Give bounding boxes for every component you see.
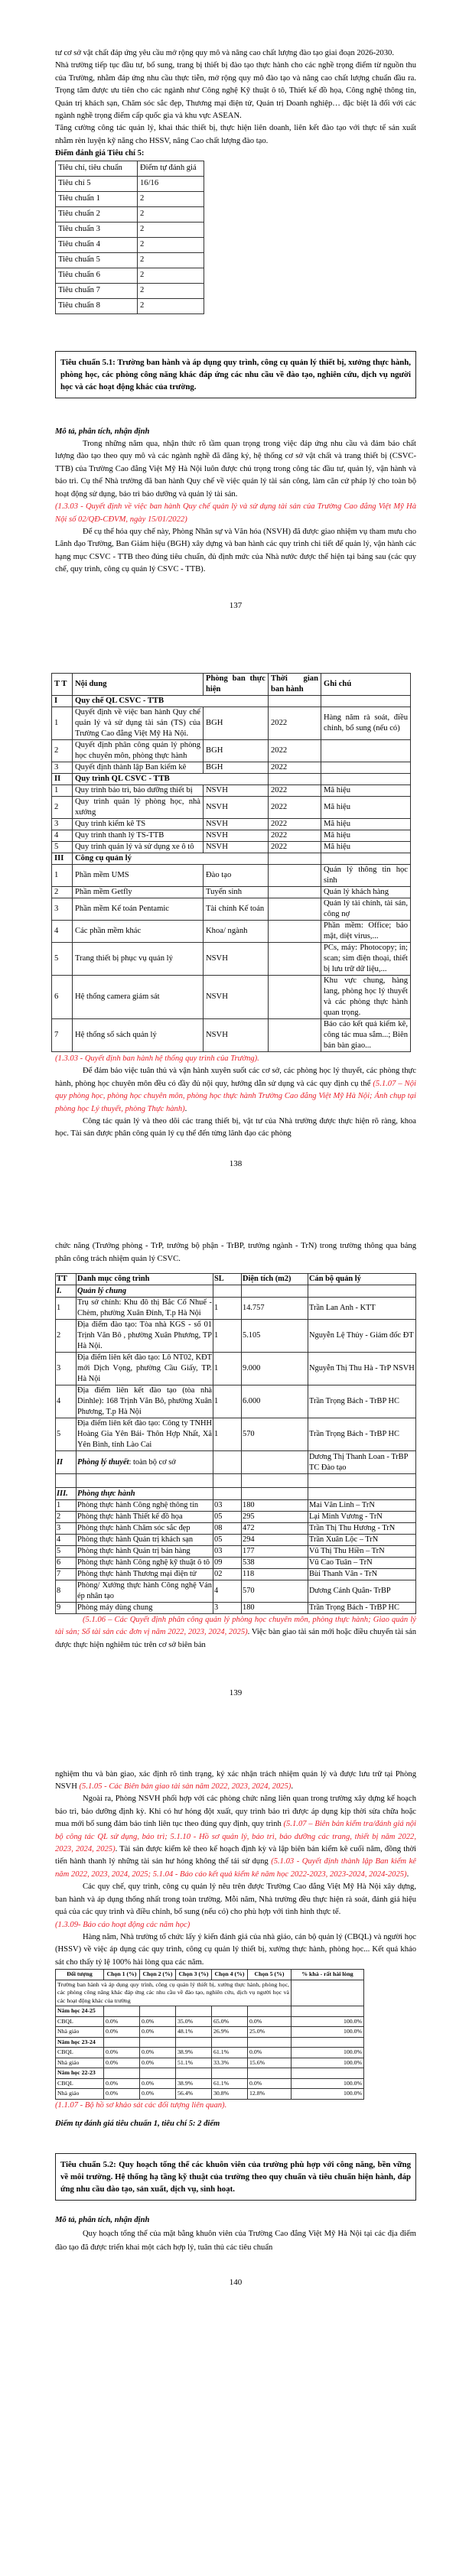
table-row: 7Hệ thống sổ sách quản lýNSVHBáo cáo kết…: [52, 1018, 411, 1051]
table-row: 3Quyết định thành lập Ban kiểm kêBGH2022: [52, 762, 411, 773]
page-139: chức năng (Trưởng phòng - TrP, trưởng bộ…: [0, 1239, 456, 1768]
survey-question: Trường ban hành và áp dụng quy trình, cô…: [56, 1980, 292, 2006]
item-cell: Phòng thực hành Công nghệ thông tin: [77, 1500, 213, 1512]
qty-cell: 09: [213, 1558, 242, 1569]
manager-cell: Bùi Thanh Vân - TrN: [308, 1569, 416, 1580]
empty-cell: [269, 853, 321, 864]
manager-cell: Trần Trọng Bách - TrBP HC: [308, 1418, 416, 1451]
row-number: 2: [56, 1512, 77, 1523]
year-cell: [269, 864, 321, 886]
row-number: 2: [52, 739, 73, 762]
item-cell: Địa điểm liên kết đào tạo (tòa nhà Dinhl…: [77, 1385, 213, 1418]
content-cell: Phần mềm Kế toán Pentamic: [73, 898, 204, 920]
analysis-para-2: Để cụ thể hóa quy chế này, Phòng Nhân sự…: [55, 526, 416, 577]
note-cell: Quản lý tài chính, tài sản, công nợ: [321, 898, 411, 920]
item-cell: [77, 1474, 213, 1488]
evidence-ref-5: (5.1.05 - Các Biên bản giao tài sản năm …: [80, 1782, 292, 1791]
row-number: 1: [56, 1298, 77, 1320]
content-cell: Quyết định về việc ban hành Quy chế quản…: [73, 707, 204, 739]
note-cell: Quản lý thông tin học sinh: [321, 864, 411, 886]
row-number: 2: [52, 886, 73, 898]
empty-cell: [104, 2006, 140, 2017]
section-title: Quy chế QL CSVC - TTB: [73, 695, 269, 707]
item-cell: Phòng thực hành Quản trị khách sạn: [77, 1535, 213, 1546]
empty-cell: [242, 1488, 308, 1500]
year-cell: [269, 886, 321, 898]
dept-cell: Tài chính Kế toán: [204, 898, 269, 920]
empty-cell: [140, 2006, 176, 2017]
survey-row: CBQL0.0%0.0%38.9%61.1%0.0%100.0%: [56, 2078, 364, 2089]
empty-cell: [213, 1285, 242, 1298]
content-cell: Quy trình bảo trì, bảo dưỡng thiết bị: [73, 784, 204, 796]
criterion-cell: Tiêu chuẩn 4: [56, 237, 138, 252]
item-cell: Phòng thực hành Thiết kế đồ họa: [77, 1512, 213, 1523]
percent-cell: 0.0%: [140, 2089, 176, 2100]
manager-cell: Vũ Thị Thu Hiền – TrN: [308, 1546, 416, 1558]
percent-cell: 0.0%: [104, 2089, 140, 2100]
section-number: III: [52, 853, 73, 864]
para-1: nghiệm thu và bàn giao, xác định rõ tình…: [55, 1769, 416, 1794]
empty-cell: [213, 1451, 242, 1474]
year-label: Năm học 23-24: [56, 2037, 104, 2048]
col-header-note: Ghi chú: [321, 673, 411, 695]
table-row: Tiêu chuẩn 12: [56, 191, 204, 206]
table-row: 6Phòng thực hành Công nghệ kỹ thuật ô tô…: [56, 1558, 416, 1569]
area-cell: 14.757: [242, 1298, 308, 1320]
note-cell: Mã hiệu: [321, 784, 411, 796]
row-number: 8: [56, 1580, 77, 1603]
area-cell: 5.105: [242, 1320, 308, 1353]
row-number: 3: [56, 1353, 77, 1385]
table-row: 1Trụ sở chính: Khu đô thị Bắc Cổ Nhuế - …: [56, 1298, 416, 1320]
table-row: 3Phòng thực hành Chăm sóc sắc đẹp08472Tr…: [56, 1523, 416, 1535]
dept-cell: BGH: [204, 762, 269, 773]
score-cell: 2: [138, 191, 204, 206]
empty-cell: [104, 2037, 140, 2048]
row-number: 7: [56, 1569, 77, 1580]
content-cell: Phần mềm UMS: [73, 864, 204, 886]
item-cell: Phòng thực hành Chăm sóc sắc đẹp: [77, 1523, 213, 1535]
percent-cell: 100.0%: [292, 2078, 364, 2089]
row-number: 2: [56, 1320, 77, 1353]
qty-cell: 1: [213, 1385, 242, 1418]
survey-row: Nhà giáo0.0%0.0%48.1%26.9%25.0%100.0%: [56, 2027, 364, 2038]
standard-5-1-box: Tiêu chuẩn 5.1: Trường ban hành và áp dụ…: [55, 351, 416, 398]
percent-cell: 61.1%: [212, 2078, 248, 2089]
score-header-row: Tiêu chí, tiêu chuẩnĐiểm tự đánh giá: [56, 161, 204, 176]
item-cell: Địa điểm liên kết đào tạo: Công ty TNHH …: [77, 1418, 213, 1451]
empty-cell: [292, 1980, 364, 2006]
group-row: I.Quản lý chung: [56, 1285, 416, 1298]
empty-cell: [176, 2006, 212, 2017]
intro-para-1: tư cơ sở vật chất đáp ứng yêu cầu mở rộn…: [55, 47, 416, 60]
percent-cell: 0.0%: [248, 2078, 292, 2089]
area-cell: 472: [242, 1523, 308, 1535]
item-cell: Phòng/ Xưởng thực hành Công nghệ Ván ép …: [77, 1580, 213, 1603]
row-number: 3: [56, 1523, 77, 1535]
manager-cell: Trần Trọng Bách - TrBP HC: [308, 1603, 416, 1614]
row-number: 4: [52, 830, 73, 841]
content-cell: Phần mềm Getfly: [73, 886, 204, 898]
group-number: III.: [56, 1488, 77, 1500]
table-row: 5Địa điểm liên kết đào tạo: Công ty TNHH…: [56, 1418, 416, 1451]
table-row: Tiêu chuẩn 32: [56, 222, 204, 237]
table-row: 4Địa điểm liên kết đào tạo (tòa nhà Dinh…: [56, 1385, 416, 1418]
col-header-tt: TT: [56, 1274, 77, 1285]
row-number: 3: [52, 818, 73, 830]
item-cell: Phòng máy dùng chung: [77, 1603, 213, 1614]
percent-cell: 12.8%: [248, 2089, 292, 2100]
col-header-dept: Phòng ban thực hiện: [204, 673, 269, 695]
note-cell: PCs, máy: Photocopy; in; scan; sim điện …: [321, 942, 411, 975]
section-row: IIQuy trình QL CSVC - TTB: [52, 773, 411, 784]
table-row: 7Phòng thực hành Thương mại điện tử02118…: [56, 1569, 416, 1580]
criterion-cell: Tiêu chuẩn 3: [56, 222, 138, 237]
year-cell: [269, 1018, 321, 1051]
year-row: Năm học 22-23: [56, 2068, 364, 2079]
empty-cell: [212, 2006, 248, 2017]
empty-cell: [104, 2068, 140, 2079]
dept-cell: NSVH: [204, 942, 269, 975]
year-cell: 2022: [269, 707, 321, 739]
content-cell: Quyết định phân công quản lý phòng học c…: [73, 739, 204, 762]
score-heading: Điểm đánh giá Tiêu chí 5:: [55, 148, 416, 160]
note-cell: Mã hiệu: [321, 841, 411, 853]
manager-cell: Vũ Cao Tuân – TrN: [308, 1558, 416, 1569]
area-cell: 180: [242, 1603, 308, 1614]
percent-cell: 0.0%: [248, 2048, 292, 2058]
empty-cell: [212, 2068, 248, 2079]
group-title-suffix: : toàn bộ cơ sở: [129, 1458, 176, 1467]
percent-cell: 0.0%: [104, 2016, 140, 2027]
row-number: [56, 1474, 77, 1488]
intro-para-3: Tăng cường công tác quản lý, khai thác t…: [55, 122, 416, 148]
row-number: 4: [52, 920, 73, 942]
row-number: 6: [52, 975, 73, 1018]
qty-cell: 05: [213, 1512, 242, 1523]
criterion-cell: Tiêu chí 5: [56, 176, 138, 191]
item-cell: Phòng thực hành Công nghệ kỹ thuật ô tô: [77, 1558, 213, 1569]
dept-cell: Đào tạo: [204, 864, 269, 886]
group-title-cell: Phòng thực hành: [77, 1488, 213, 1500]
percent-cell: 15.6%: [248, 2058, 292, 2068]
empty-cell: [176, 2068, 212, 2079]
empty-cell: [176, 2037, 212, 2048]
empty-cell: [140, 2037, 176, 2048]
qty-cell: 3: [213, 1603, 242, 1614]
row-number: 7: [52, 1018, 73, 1051]
subject-cell: Nhà giáo: [56, 2089, 104, 2100]
dept-cell: Khoa/ ngành: [204, 920, 269, 942]
dept-cell: NSVH: [204, 1018, 269, 1051]
year-label: Năm học 24-25: [56, 2006, 104, 2017]
percent-cell: 38.9%: [176, 2078, 212, 2089]
qty-cell: 03: [213, 1546, 242, 1558]
percent-cell: 48.1%: [176, 2027, 212, 2038]
group-title: Phòng thực hành: [77, 1489, 135, 1498]
manager-cell: Trần Lan Anh - KTT: [308, 1298, 416, 1320]
score-header-criterion: Tiêu chí, tiêu chuẩn: [56, 161, 138, 176]
content-cell: Hệ thống camera giám sát: [73, 975, 204, 1018]
area-cell: [242, 1474, 308, 1488]
col-header-content: Nội dung: [73, 673, 204, 695]
table-row: 9Phòng máy dùng chung3180Trần Trọng Bách…: [56, 1603, 416, 1614]
item-cell: Địa điểm liên kết đào tạo: Lô NT02, KĐT …: [77, 1353, 213, 1385]
survey-row: CBQL0.0%0.0%35.0%65.0%0.0%100.0%: [56, 2016, 364, 2027]
evidence-para: (5.1.06 – Các Quyết định phân công quản …: [55, 1614, 416, 1652]
content-cell: Hệ thống sổ sách quản lý: [73, 1018, 204, 1051]
intro-para-2: Nhà trường tiếp tục đầu tư, bổ sung, tra…: [55, 60, 416, 122]
table-row: 2Địa điểm đào tạo: Tòa nhà KGS - số 01 T…: [56, 1320, 416, 1353]
note-cell: Phần mềm: Office; bảo mật, diệt virus,..…: [321, 920, 411, 942]
row-number: 1: [52, 784, 73, 796]
percent-cell: 25.0%: [248, 2027, 292, 2038]
criterion-cell: Tiêu chuẩn 7: [56, 283, 138, 298]
survey-question-row: Trường ban hành và áp dụng quy trình, cô…: [56, 1980, 364, 2006]
group-row: IIPhòng lý thuyết: toàn bộ cơ sởDương Th…: [56, 1451, 416, 1474]
dept-cell: Tuyển sinh: [204, 886, 269, 898]
para-3: Các quy chế, quy trình, công cụ quản lý …: [55, 1881, 416, 1918]
percent-cell: 100.0%: [292, 2089, 364, 2100]
table-row: 1Phòng thực hành Công nghệ thông tin0318…: [56, 1500, 416, 1512]
percent-cell: 0.0%: [104, 2048, 140, 2058]
analysis-heading: Mô tả, phân tích, nhận định: [55, 2214, 416, 2227]
row-number: 5: [56, 1418, 77, 1451]
group-row: III.Phòng thực hành: [56, 1488, 416, 1500]
analysis-para-1: Trong những năm qua, nhận thức rõ tầm qu…: [55, 438, 416, 501]
analysis-para-3: Để đảm bảo việc tuân thủ và vận hành xuy…: [55, 1065, 416, 1116]
row-number: 3: [52, 762, 73, 773]
manager-cell: Mai Văn Linh – TrN: [308, 1500, 416, 1512]
percent-cell: 0.0%: [104, 2058, 140, 2068]
dept-cell: BGH: [204, 707, 269, 739]
self-score: Điểm tự đánh giá tiêu chuẩn 1, tiêu chí …: [55, 2118, 416, 2130]
percent-cell: 61.1%: [212, 2048, 248, 2058]
year-cell: [269, 920, 321, 942]
note-cell: Báo cáo kết quả kiểm kê, công tác mua sắ…: [321, 1018, 411, 1051]
percent-cell: 0.0%: [248, 2016, 292, 2027]
year-cell: 2022: [269, 818, 321, 830]
group-manager: [308, 1285, 416, 1298]
subject-cell: Nhà giáo: [56, 2027, 104, 2038]
qty-cell: 1: [213, 1353, 242, 1385]
table-row: 1Quy trình bảo trì, bảo dưỡng thiết bịNS…: [52, 784, 411, 796]
area-cell: 118: [242, 1569, 308, 1580]
dept-cell: NSVH: [204, 975, 269, 1018]
table-row: 3Quy trình kiểm kê TSNSVH2022Mã hiệu: [52, 818, 411, 830]
survey-row: CBQL0.0%0.0%38.9%61.1%0.0%100.0%: [56, 2048, 364, 2058]
para-continuation: chức năng (Trưởng phòng - TrP, trưởng bộ…: [55, 1240, 416, 1265]
percent-cell: 0.0%: [140, 2048, 176, 2058]
col-header-manager: Cán bộ quản lý: [308, 1274, 416, 1285]
percent-cell: 0.0%: [140, 2078, 176, 2089]
col-header-tt: T T: [52, 673, 73, 695]
row-number: 6: [56, 1558, 77, 1569]
note-cell: Khu vực chung, hàng lang, phòng học lý t…: [321, 975, 411, 1018]
survey-results-table: Đối tượng Chọn 1 (%) Chọn 2 (%) Chọn 3 (…: [55, 1969, 364, 2100]
area-cell: 294: [242, 1535, 308, 1546]
percent-cell: 100.0%: [292, 2048, 364, 2058]
percent-cell: 38.9%: [176, 2048, 212, 2058]
note-cell: Quản lý khách hàng: [321, 886, 411, 898]
qty-cell: 05: [213, 1535, 242, 1546]
table-row: 2Quy trình quản lý phòng học, nhà xưởngN…: [52, 796, 411, 818]
score-table: Tiêu chí, tiêu chuẩnĐiểm tự đánh giáTiêu…: [55, 161, 204, 314]
group-number: II: [56, 1451, 77, 1474]
table-row: Tiêu chí 516/16: [56, 176, 204, 191]
note-cell: Mã hiệu: [321, 830, 411, 841]
table-header-row: TT Danh mục công trình SL Diện tích (m2)…: [56, 1274, 416, 1285]
empty-cell: [269, 695, 321, 707]
note-cell: Mã hiệu: [321, 818, 411, 830]
area-cell: 570: [242, 1418, 308, 1451]
item-cell: Địa điểm đào tạo: Tòa nhà KGS - số 01 Tr…: [77, 1320, 213, 1353]
qty-cell: 02: [213, 1569, 242, 1580]
subject-cell: CBQL: [56, 2016, 104, 2027]
note-cell: Mã hiệu: [321, 796, 411, 818]
row-number: 4: [56, 1535, 77, 1546]
empty-cell: [321, 695, 411, 707]
item-cell: Phòng thực hành Thương mại điện tử: [77, 1569, 213, 1580]
year-cell: 2022: [269, 762, 321, 773]
percent-cell: 35.0%: [176, 2016, 212, 2027]
percent-cell: 100.0%: [292, 2058, 364, 2068]
row-number: 1: [52, 707, 73, 739]
col-header-c1: Chọn 1 (%): [104, 1970, 140, 1980]
table-row: 5Quy trình quản lý và sử dụng xe ô tôNSV…: [52, 841, 411, 853]
year-cell: 2022: [269, 830, 321, 841]
criterion-cell: Tiêu chuẩn 2: [56, 206, 138, 222]
percent-cell: 100.0%: [292, 2027, 364, 2038]
content-cell: Quy trình thanh lý TS-TTB: [73, 830, 204, 841]
content-cell: Quy trình quản lý phòng học, nhà xưởng: [73, 796, 204, 818]
score-cell: 2: [138, 222, 204, 237]
row-number: 4: [56, 1385, 77, 1418]
table-row: 2Phần mềm GetflyTuyển sinhQuản lý khách …: [52, 886, 411, 898]
note-cell: Hàng năm rà soát, điều chỉnh, bổ sung (n…: [321, 707, 411, 739]
qty-cell: 1: [213, 1298, 242, 1320]
year-cell: 2022: [269, 796, 321, 818]
table-header-row: T T Nội dung Phòng ban thực hiện Thời gi…: [52, 673, 411, 695]
percent-cell: 33.3%: [212, 2058, 248, 2068]
criterion-cell: Tiêu chuẩn 1: [56, 191, 138, 206]
year-cell: [269, 898, 321, 920]
row-number: 5: [52, 841, 73, 853]
section-row: IQuy chế QL CSVC - TTB: [52, 695, 411, 707]
percent-cell: 26.9%: [212, 2027, 248, 2038]
item-cell: Phòng thực hành Quản trị bán hàng: [77, 1546, 213, 1558]
col-header-c5: Chọn 5 (%): [248, 1970, 292, 1980]
col-header-subject: Đối tượng: [56, 1970, 104, 1980]
note-cell: [321, 739, 411, 762]
criterion-cell: Tiêu chuẩn 5: [56, 252, 138, 268]
empty-cell: [140, 2068, 176, 2079]
table-row: 1Quyết định về việc ban hành Quy chế quả…: [52, 707, 411, 739]
subject-cell: CBQL: [56, 2048, 104, 2058]
table-row: 8Phòng/ Xưởng thực hành Công nghệ Ván ép…: [56, 1580, 416, 1603]
area-cell: 6.000: [242, 1385, 308, 1418]
analysis-para-4: Công tác quản lý và theo dõi các trang t…: [55, 1116, 416, 1141]
dept-cell: BGH: [204, 739, 269, 762]
empty-cell: [321, 853, 411, 864]
row-number: 3: [52, 898, 73, 920]
table-row: 5Trang thiết bị phục vụ quản lýNSVHPCs, …: [52, 942, 411, 975]
qty-cell: 03: [213, 1500, 242, 1512]
page-number: 140: [55, 2276, 416, 2289]
table-row: 5Phòng thực hành Quản trị bán hàng03177V…: [56, 1546, 416, 1558]
group-title-cell: Phòng lý thuyết: toàn bộ cơ sở: [77, 1451, 213, 1474]
year-label: Năm học 22-23: [56, 2068, 104, 2079]
page-number: 138: [55, 1158, 416, 1170]
col-header-qty: SL: [213, 1274, 242, 1285]
area-cell: 9.000: [242, 1353, 308, 1385]
percent-cell: 30.8%: [212, 2089, 248, 2100]
content-cell: Quy trình quản lý và sử dụng xe ô tô: [73, 841, 204, 853]
table-row: 2Quyết định phân công quản lý phòng học …: [52, 739, 411, 762]
qty-cell: [213, 1474, 242, 1488]
percent-cell: 65.0%: [212, 2016, 248, 2027]
evidence-ref-1: (1.3.03 - Quyết định về việc ban hành Qu…: [55, 501, 416, 526]
col-header-time: Thời gian ban hành: [269, 673, 321, 695]
empty-cell: [269, 773, 321, 784]
year-cell: [269, 975, 321, 1018]
para-2: Ngoài ra, Phòng NSVH phối hợp với các ph…: [55, 1793, 416, 1881]
area-cell: 177: [242, 1546, 308, 1558]
area-cell: 538: [242, 1558, 308, 1569]
col-header-c2: Chọn 2 (%): [140, 1970, 176, 1980]
manager-cell: Trần Trọng Bách - TrBP HC: [308, 1385, 416, 1418]
empty-cell: [212, 2037, 248, 2048]
area-cell: 180: [242, 1500, 308, 1512]
page-140: nghiệm thu và bàn giao, xác định rõ tình…: [0, 1769, 456, 2312]
percent-cell: 0.0%: [104, 2078, 140, 2089]
empty-cell: [292, 2037, 364, 2048]
score-header-points: Điểm tự đánh giá: [138, 161, 204, 176]
year-row: Năm học 24-25: [56, 2006, 364, 2017]
year-cell: 2022: [269, 784, 321, 796]
content-cell: Các phần mềm khác: [73, 920, 204, 942]
manager-cell: Dương Cảnh Quân- TrBP: [308, 1580, 416, 1603]
percent-cell: 100.0%: [292, 2016, 364, 2027]
empty-cell: [292, 2068, 364, 2079]
group-manager: Dương Thị Thanh Loan - TrBP TC Đào tạo: [308, 1451, 416, 1474]
subject-cell: CBQL: [56, 2078, 104, 2089]
section-title: Công cụ quản lý: [73, 853, 269, 864]
score-cell: 2: [138, 298, 204, 313]
manager-cell: Nguyễn Lệ Thủy - Giám đốc ĐT: [308, 1320, 416, 1353]
criterion-cell: Tiêu chuẩn 6: [56, 268, 138, 283]
dept-cell: NSVH: [204, 796, 269, 818]
group-title-cell: Quản lý chung: [77, 1285, 213, 1298]
table-row: Tiêu chuẩn 62: [56, 268, 204, 283]
col-header-c3: Chọn 3 (%): [176, 1970, 212, 1980]
empty-cell: [213, 1488, 242, 1500]
group-title: Phòng lý thuyết: [77, 1458, 129, 1467]
qty-cell: 1: [213, 1320, 242, 1353]
percent-cell: 51.1%: [176, 2058, 212, 2068]
area-cell: 295: [242, 1512, 308, 1523]
col-header-area: Diện tích (m2): [242, 1274, 308, 1285]
qty-cell: 1: [213, 1418, 242, 1451]
qty-cell: 4: [213, 1580, 242, 1603]
score-cell: 2: [138, 237, 204, 252]
table-row: Tiêu chuẩn 42: [56, 237, 204, 252]
section-number: II: [52, 773, 73, 784]
group-title: Quản lý chung: [77, 1287, 126, 1295]
table-row: 4Quy trình thanh lý TS-TTBNSVH2022Mã hiệ…: [52, 830, 411, 841]
asset-assignment-table: TT Danh mục công trình SL Diện tích (m2)…: [55, 1273, 416, 1614]
score-cell: 16/16: [138, 176, 204, 191]
